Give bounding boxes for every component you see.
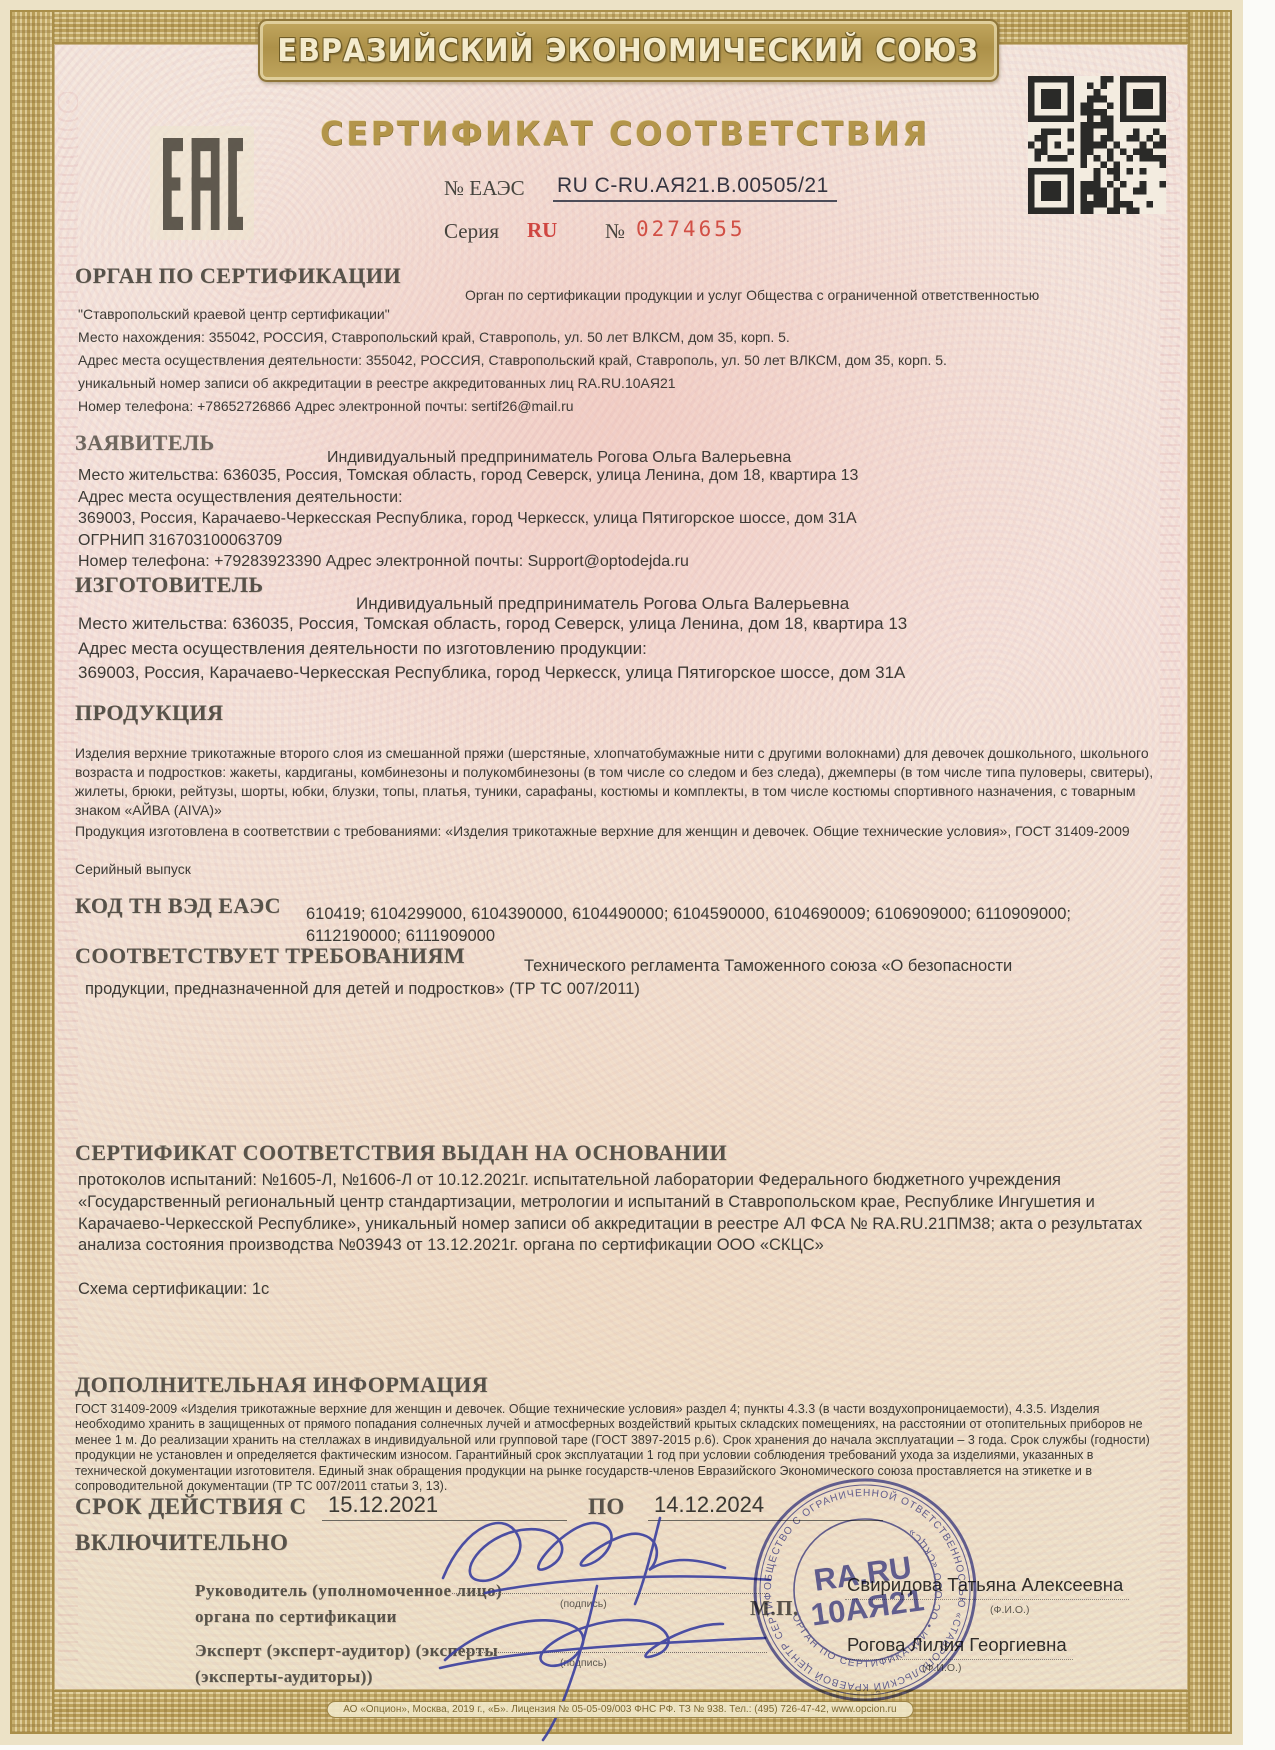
- cert-number-value: RU C-RU.АЯ21.В.00505/21: [553, 174, 837, 202]
- union-banner: ЕВРАЗИЙСКИЙ ЭКОНОМИЧЕСКИЙ СОЮЗ: [258, 19, 999, 82]
- section-tnved-heading: КОД ТН ВЭД ЕАЭС: [75, 893, 281, 919]
- document-title: СЕРТИФИКАТ СООТВЕТСТВИЯ: [188, 114, 1062, 153]
- products-issue-type: Серийный выпуск: [75, 860, 675, 879]
- products-description: Изделия верхние трикотажные второго слоя…: [75, 744, 1163, 820]
- basis-scheme: Схема сертификации: 1с: [78, 1278, 578, 1301]
- manufacturer-activity-address: 369003, Россия, Карачаево-Черкесская Рес…: [78, 661, 1168, 686]
- applicant-details: Место жительства: 636035, Россия, Томска…: [78, 465, 1158, 573]
- applicant-ogrnip: ОГРНИП 316703100063709: [78, 530, 1158, 552]
- org-activity-address: Адрес места осуществления деятельности: …: [78, 349, 1158, 372]
- org-address: Место нахождения: 355042, РОССИЯ, Ставро…: [78, 326, 1158, 349]
- applicant-activity-label: Адрес места осуществления деятельности:: [78, 487, 1158, 509]
- applicant-activity-address: 369003, Россия, Карачаево-Черкесская Рес…: [78, 508, 1158, 530]
- basis-text: протоколов испытаний: №1605-Л, №1606-Л о…: [78, 1170, 1166, 1257]
- compliance-line2: продукции, предназначенной для детей и п…: [85, 978, 985, 1001]
- section-org-heading: ОРГАН ПО СЕРТИФИКАЦИИ: [75, 263, 401, 289]
- tnved-codes: 610419; 6104299000, 6104390000, 61044900…: [306, 903, 1161, 947]
- manufacturer-activity-label: Адрес места осуществления деятельности п…: [78, 637, 1168, 662]
- series-label: Серия: [444, 219, 499, 244]
- validity-from-label: СРОК ДЕЙСТВИЯ С: [75, 1494, 307, 1520]
- section-manufacturer-heading: ИЗГОТОВИТЕЛЬ: [75, 572, 264, 598]
- validity-inclusive: ВКЛЮЧИТЕЛЬНО: [75, 1530, 288, 1556]
- compliance-line1: Технического регламента Таможенного союз…: [524, 955, 1164, 978]
- applicant-contacts: Номер телефона: +79283923390 Адрес элект…: [78, 551, 1158, 573]
- org-contacts: Номер телефона: +78652726866 Адрес элект…: [78, 395, 1158, 418]
- certification-stamp: ОБЩЕСТВО С ОГРАНИЧЕННОЙ ОТВЕТСТВЕННОСТЬЮ…: [743, 1468, 987, 1712]
- section-additional-heading: ДОПОЛНИТЕЛЬНАЯ ИНФОРМАЦИЯ: [75, 1372, 488, 1398]
- expert-signature: [425, 1580, 785, 1745]
- section-applicant-heading: ЗАЯВИТЕЛЬ: [75, 430, 215, 456]
- series-value: RU: [527, 218, 557, 243]
- cert-number-label: № ЕАЭС: [444, 176, 525, 201]
- gold-border-right: [1188, 10, 1232, 1734]
- org-details: "Ставропольский краевой центр сертификац…: [78, 303, 1158, 418]
- blank-number-value: 0274655: [636, 217, 746, 241]
- blank-number-label: №: [605, 219, 625, 244]
- qr-code: [1028, 76, 1166, 214]
- blank-imprint: АО «Опцион», Москва, 2019 г., «Б». Лицен…: [326, 1701, 913, 1718]
- org-accreditation: уникальный номер записи об аккредитации …: [78, 372, 1158, 395]
- head-name-caption: (Ф.И.О.): [990, 1604, 1029, 1616]
- applicant-residence: Место жительства: 636035, Россия, Томска…: [78, 465, 1158, 487]
- org-name: "Ставропольский краевой центр сертификац…: [78, 303, 1158, 326]
- products-standard-note: Продукция изготовлена в соответствии с т…: [75, 822, 1163, 841]
- section-basis-heading: СЕРТИФИКАТ СООТВЕТСТВИЯ ВЫДАН НА ОСНОВАН…: [75, 1140, 727, 1166]
- section-compliance-heading: СООТВЕТСТВУЕТ ТРЕБОВАНИЯМ: [75, 943, 465, 969]
- manufacturer-details: Место жительства: 636035, Россия, Томска…: [78, 612, 1168, 686]
- manufacturer-residence: Место жительства: 636035, Россия, Томска…: [78, 612, 1168, 637]
- section-products-heading: ПРОДУКЦИЯ: [75, 700, 224, 726]
- union-banner-text: ЕВРАЗИЙСКИЙ ЭКОНОМИЧЕСКИЙ СОЮЗ: [278, 33, 979, 69]
- additional-text: ГОСТ 31409-2009 «Изделия трикотажные вер…: [75, 1402, 1165, 1494]
- certificate-page: ЕВРАЗИЙСКИЙ ЭКОНОМИЧЕСКИЙ СОЮЗ СЕРТИФИКА…: [0, 0, 1275, 1750]
- gold-border-left: [10, 10, 54, 1734]
